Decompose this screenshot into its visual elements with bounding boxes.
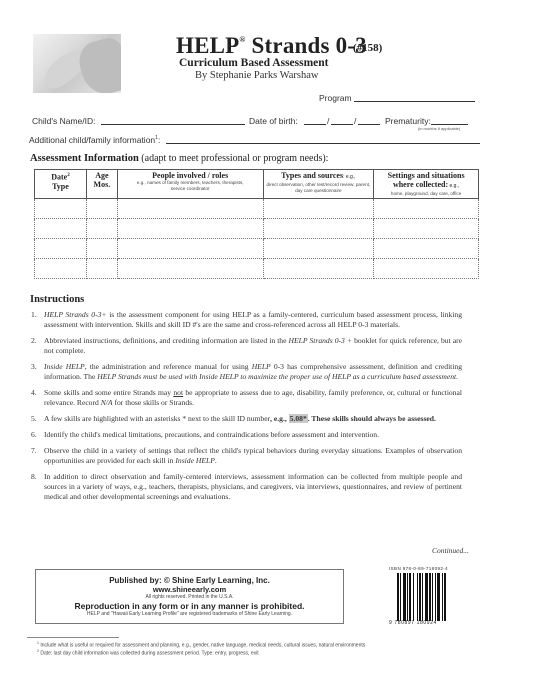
instruction-text: . These skills should always be assessed… — [308, 414, 436, 423]
table-cell[interactable] — [263, 198, 374, 218]
instruction-text: , e.g., — [270, 414, 289, 423]
table-cell[interactable] — [263, 238, 374, 258]
document-title: HELP® Strands 0-3 — [176, 33, 367, 59]
instruction-text: Some skills and some entire Strands may — [44, 388, 173, 397]
publisher-website: www.shineearly.com — [36, 585, 343, 594]
registered-mark: ® — [239, 35, 245, 44]
col-people-roles: People involved / rolese.g., names of fa… — [117, 170, 263, 199]
instruction-text: . — [215, 456, 217, 465]
barcode-digits: 9 780897 180924 — [389, 620, 437, 626]
instruction-item: 7.Observe the child in a variety of sett… — [30, 446, 462, 466]
table-header-row: Date2Type AgeMos. People involved / role… — [35, 170, 479, 199]
table-cell[interactable] — [117, 238, 263, 258]
additional-info-field[interactable] — [166, 143, 480, 144]
prematurity-field[interactable] — [431, 124, 468, 125]
instruction-number: 5. — [31, 414, 37, 424]
assessment-heading: Assessment Information (adapt to meet pr… — [30, 153, 328, 164]
footnote-ref-2: 2 — [67, 173, 70, 178]
instruction-number: 1. — [31, 310, 37, 320]
table-row — [35, 198, 479, 218]
col-eg: e.g., — [448, 183, 459, 189]
continued-note: Continued... — [432, 546, 469, 555]
program-field[interactable] — [354, 101, 475, 102]
barcode-icon — [397, 573, 467, 621]
instruction-text: HELP Strands 0-3 + — [289, 336, 352, 345]
instruction-text: HELP Strands must be used with Inside HE… — [97, 372, 458, 381]
table-cell[interactable] — [35, 238, 87, 258]
assessment-heading-note: (adapt to meet professional or program n… — [139, 153, 329, 164]
instruction-number: 8. — [31, 472, 37, 482]
col-title: People involved / roles — [152, 171, 228, 180]
instruction-item: 8.In addition to direct observation and … — [30, 472, 462, 502]
additional-info-text: Additional child/family information — [29, 135, 155, 145]
dob-day-field[interactable] — [331, 124, 353, 125]
col-types-sources: Types and sources: e.g.,direct observati… — [263, 170, 374, 199]
col-eg: : e.g., — [343, 174, 356, 180]
instruction-item: 4.Some skills and some entire Strands ma… — [30, 388, 462, 408]
prematurity-label: Prematurity: — [385, 116, 431, 126]
instruction-number: 4. — [31, 388, 37, 398]
table-cell[interactable] — [117, 198, 263, 218]
instruction-number: 2. — [31, 336, 37, 346]
col-title: Date — [51, 173, 67, 182]
instruction-text: HELP Strands 0-3+ — [44, 310, 107, 319]
program-label: Program — [319, 93, 352, 103]
highlighted-skill-id: 5.08* — [289, 414, 308, 423]
colon: : — [158, 135, 160, 145]
assessment-table: Date2Type AgeMos. People involved / role… — [34, 169, 479, 279]
footnote-2: 2 Date: last day child information was c… — [37, 649, 259, 657]
instruction-number: 7. — [31, 446, 37, 456]
dob-separator: / — [354, 116, 356, 126]
instruction-text: Identify the child's medical limitations… — [44, 430, 379, 439]
footnote-1: 1 Include what is useful or required for… — [37, 641, 365, 649]
table-cell[interactable] — [374, 238, 479, 258]
footnote-text: Date: last day child information was col… — [39, 651, 259, 657]
col-subtitle: direct observation, other test/record re… — [266, 182, 372, 193]
dob-label: Date of birth: — [249, 116, 298, 126]
child-name-label: Child's Name/ID: — [32, 116, 96, 126]
instruction-text: is the assessment component for using HE… — [44, 310, 462, 329]
table-cell[interactable] — [86, 258, 117, 278]
col-subtitle: home, playground, day care, office — [376, 191, 476, 197]
footnote-divider — [27, 637, 119, 638]
col-age-mos: AgeMos. — [86, 170, 117, 199]
catalog-number: (#158) — [353, 42, 382, 54]
instruction-number: 6. — [31, 430, 37, 440]
footnote-text: Include what is useful or required for a… — [39, 643, 365, 649]
publisher-box: Published by: © Shine Early Learning, In… — [35, 569, 344, 624]
table-cell[interactable] — [35, 258, 87, 278]
col-subtitle: e.g., names of family members, teachers,… — [120, 180, 261, 191]
dob-month-field[interactable] — [304, 124, 326, 125]
instruction-text: not — [173, 388, 183, 397]
document-author: By Stephanie Parks Warshaw — [195, 70, 318, 81]
dob-separator: / — [327, 116, 329, 126]
child-name-field[interactable] — [101, 124, 245, 125]
instruction-text: Inside HELP — [44, 362, 85, 371]
header-photo — [33, 34, 121, 93]
table-cell[interactable] — [263, 218, 374, 238]
table-cell[interactable] — [35, 198, 87, 218]
table-cell[interactable] — [374, 258, 479, 278]
title-help: HELP — [176, 33, 239, 58]
instruction-text: HELP — [252, 362, 271, 371]
col-title: Settings and situations — [388, 171, 465, 180]
col-title2: Type — [52, 182, 69, 191]
table-cell[interactable] — [117, 218, 263, 238]
adult-hand-shape — [75, 35, 121, 93]
instruction-item: 6.Identify the child's medical limitatio… — [30, 430, 462, 440]
instruction-item: 3.Inside HELP, the administration and re… — [30, 362, 462, 382]
col-title: Types and sources — [281, 171, 343, 180]
col-title2: where collected: — [393, 180, 448, 189]
table-row — [35, 218, 479, 238]
table-cell[interactable] — [374, 198, 479, 218]
col-title: Age — [95, 171, 108, 180]
instruction-text: for those skills or Strands. — [113, 398, 194, 407]
instruction-text: , the administration and reference manua… — [85, 362, 252, 371]
assessment-heading-text: Assessment Information — [30, 153, 139, 164]
rights-line: All rights reserved. Printed in the U.S.… — [36, 594, 343, 601]
instruction-item: 1.HELP Strands 0-3+ is the assessment co… — [30, 310, 462, 330]
col-settings: Settings and situationswhere collected: … — [374, 170, 479, 199]
table-cell[interactable] — [263, 258, 374, 278]
isbn-label: ISBN 978-0-89-718092-4 — [389, 566, 448, 571]
instructions-list: 1.HELP Strands 0-3+ is the assessment co… — [30, 310, 462, 508]
instruction-text: In addition to direct observation and fa… — [44, 472, 462, 501]
instruction-item: 2.Abbreviated instructions, definitions,… — [30, 336, 462, 356]
table-cell[interactable] — [374, 218, 479, 238]
instruction-text: Abbreviated instructions, definitions, a… — [44, 336, 289, 345]
table-cell[interactable] — [117, 258, 263, 278]
table-cell[interactable] — [86, 198, 117, 218]
instruction-number: 3. — [31, 362, 37, 372]
publisher-line: Published by: © Shine Early Learning, In… — [36, 576, 343, 585]
instruction-text: N/A — [101, 398, 113, 407]
table-row — [35, 258, 479, 278]
instruction-text: Observe the child in a variety of settin… — [44, 446, 462, 465]
instruction-item: 5.A few skills are highlighted with an a… — [30, 414, 462, 424]
trademark-line: HELP and "Hawaii Early Learning Profile"… — [36, 611, 343, 618]
instructions-heading: Instructions — [30, 294, 84, 305]
table-cell[interactable] — [86, 238, 117, 258]
col-title2: Mos. — [94, 180, 111, 189]
document-subtitle: Curriculum Based Assessment — [179, 57, 329, 69]
reproduction-warning: Reproduction in any form or in any manne… — [36, 601, 343, 611]
additional-info-label: Additional child/family information1: — [29, 135, 160, 145]
prematurity-note: (in months if applicable) — [418, 126, 460, 131]
table-cell[interactable] — [35, 218, 87, 238]
col-date-type: Date2Type — [35, 170, 87, 199]
table-row — [35, 238, 479, 258]
dob-year-field[interactable] — [358, 124, 380, 125]
instruction-text: A few skills are highlighted with an ast… — [44, 414, 270, 423]
title-strands: Strands 0-3 — [246, 33, 367, 58]
instruction-text: Inside HELP — [175, 456, 214, 465]
table-cell[interactable] — [86, 218, 117, 238]
